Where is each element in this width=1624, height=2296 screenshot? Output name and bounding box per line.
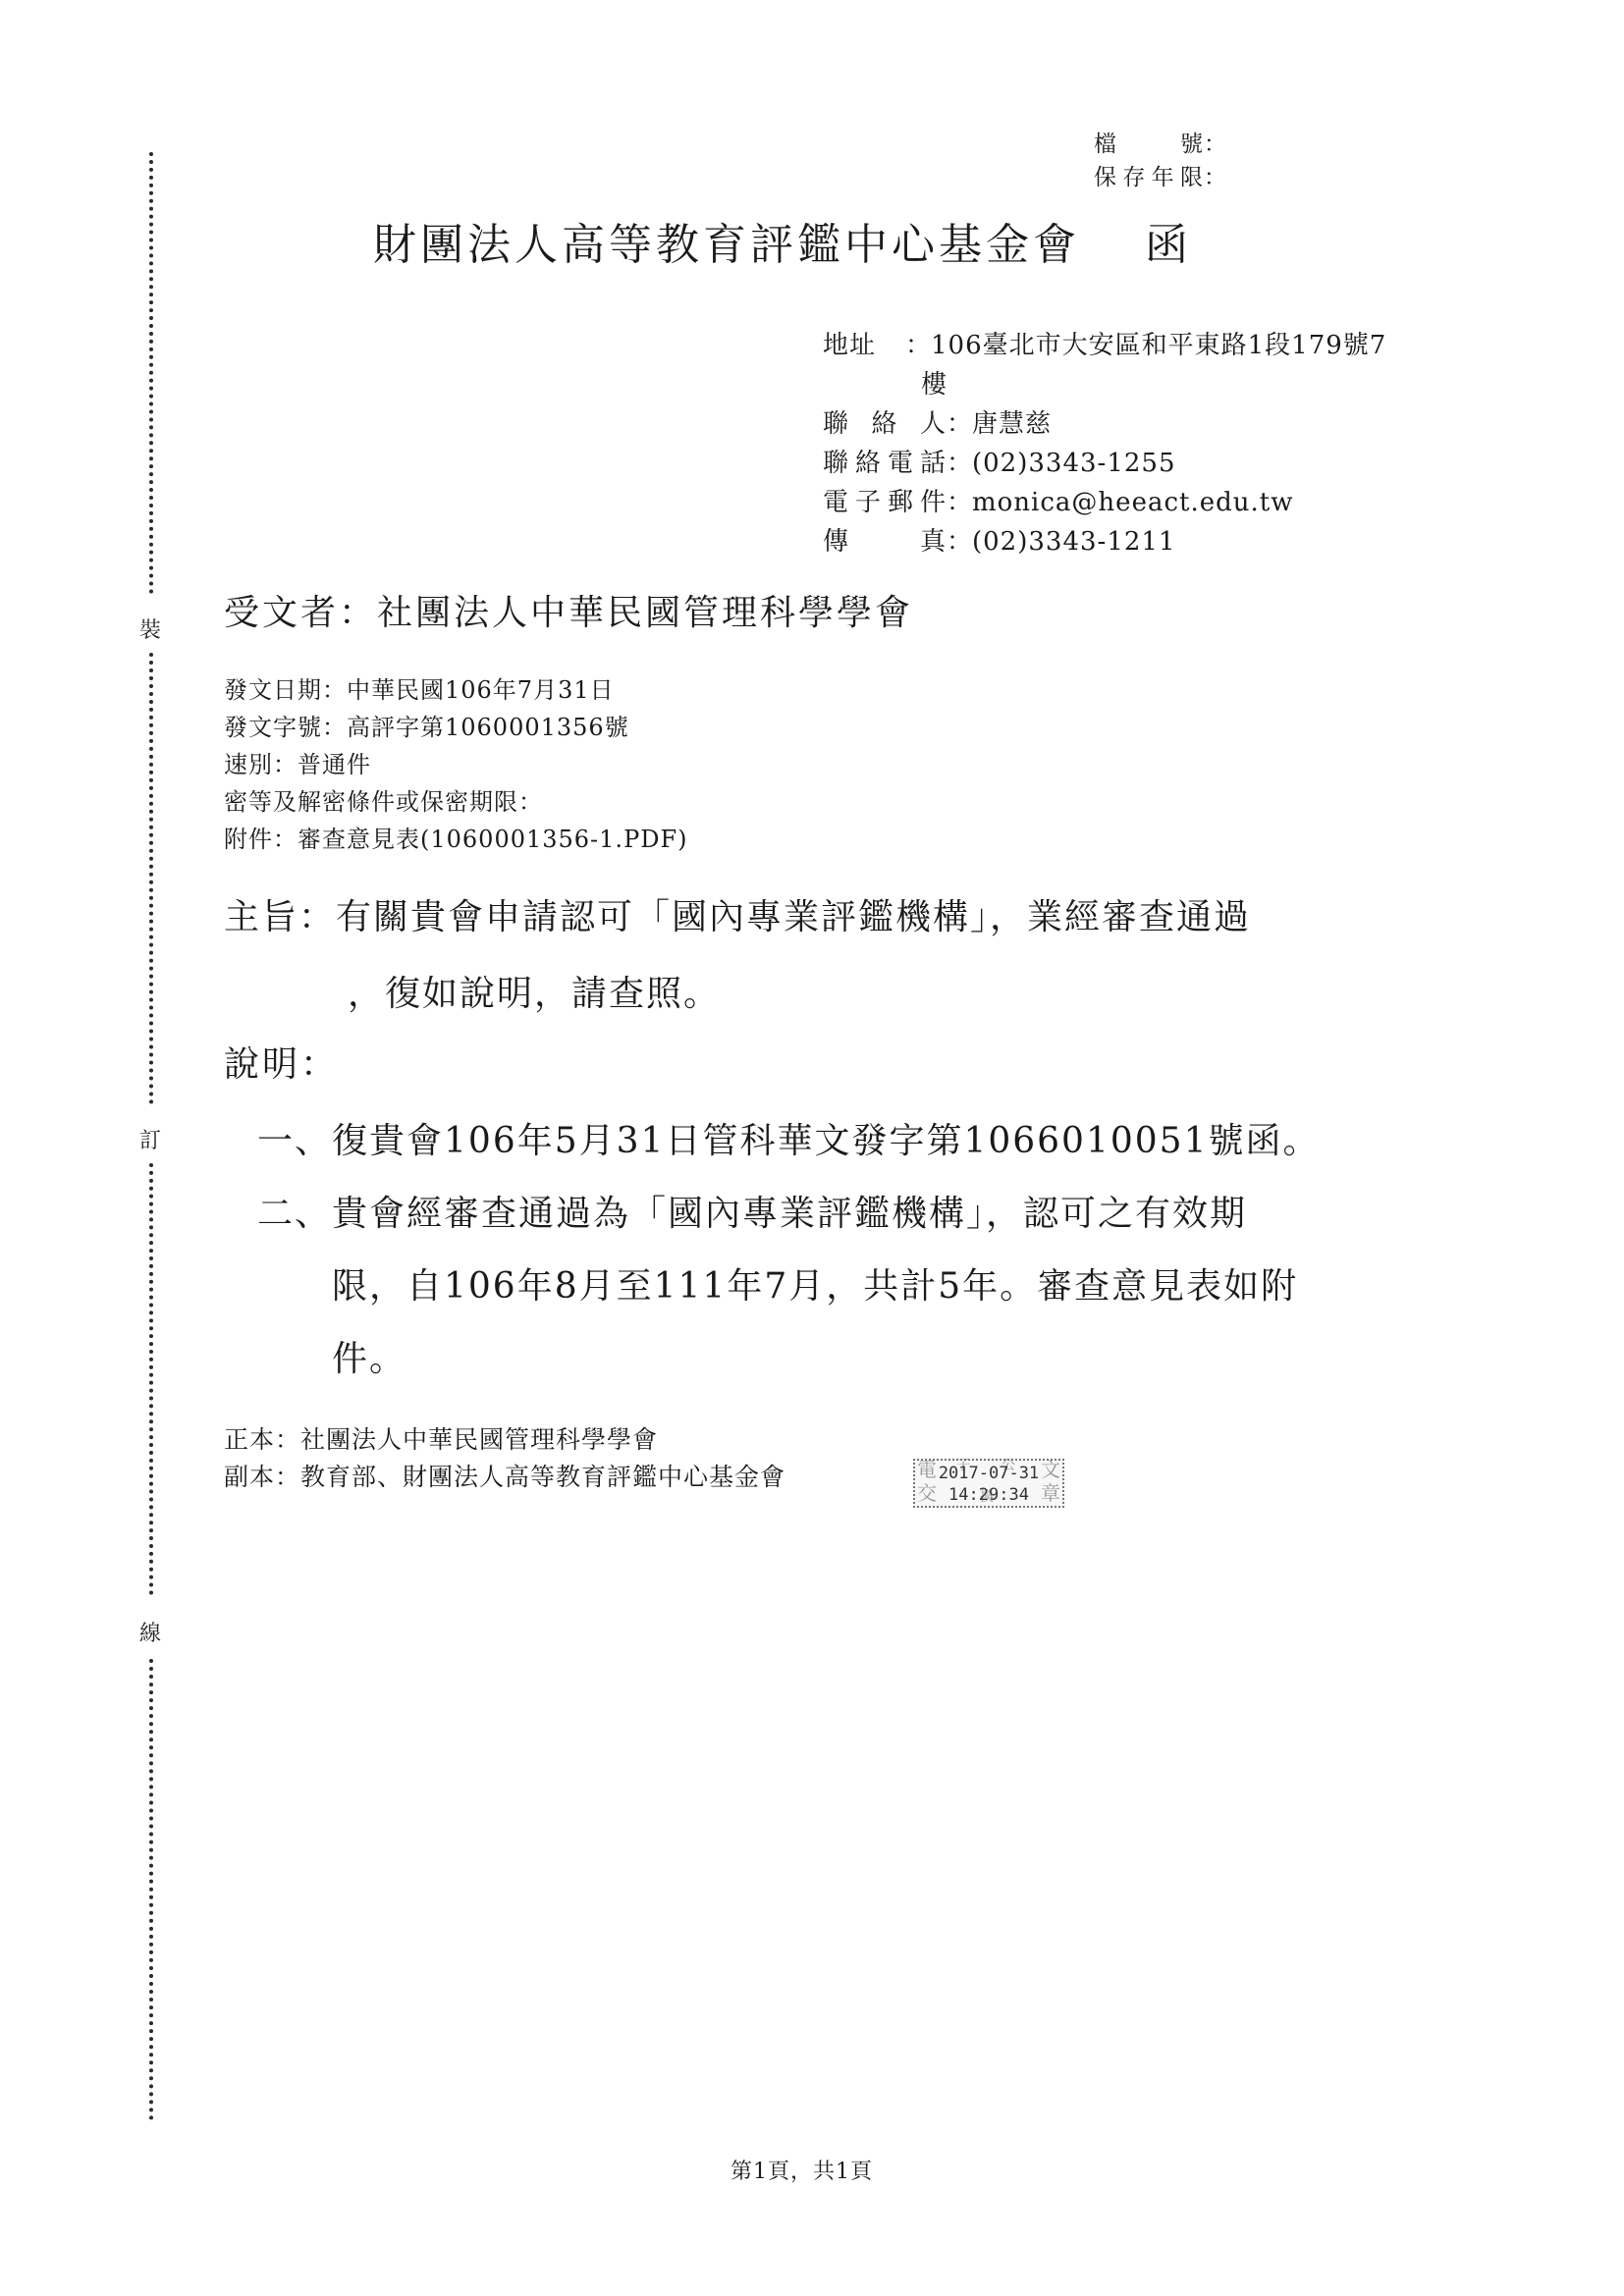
item-text: 限，自106年8月至111年7月，共計5年。審查意見表如附 <box>332 1266 1298 1307</box>
binding-label-ding: 訂 <box>139 1129 161 1154</box>
cc-value: 教育部、財團法人高等教育評鑑中心基金會 <box>300 1463 785 1491</box>
cc-label: 副本： <box>224 1463 300 1491</box>
binding-dotted-line <box>149 1659 153 2120</box>
issue-date-value: 中華民國106年7月31日 <box>347 676 615 704</box>
item-marker: 二、 <box>257 1194 332 1234</box>
address-row-cont: 樓 <box>823 365 1386 404</box>
item-line: 件。 <box>257 1335 1298 1384</box>
contact-block: 地址：106臺北市大安區和平東路1段179號7 樓 聯 絡 人：唐慧慈 聯絡電話… <box>823 326 1386 561</box>
file-number-label: 檔 號 <box>1094 128 1204 161</box>
doc-number-label: 發文字號： <box>224 714 347 741</box>
speed-row: 速別：普通件 <box>224 746 687 783</box>
issue-date-row: 發文日期：中華民國106年7月31日 <box>224 671 687 709</box>
exchange-stamp: 電 子 公 文 交 換 章 2017-07-31 14:29:34 <box>913 1459 1064 1508</box>
attachment-label: 附件： <box>224 826 298 853</box>
fax-row: 傳 真：(02)3343-1211 <box>823 522 1386 561</box>
original-value: 社團法人中華民國管理科學學會 <box>300 1425 658 1454</box>
recipient-line: 受文者：社團法人中華民國管理科學學會 <box>224 589 913 638</box>
stamp-time: 14:29:34 <box>919 1484 1058 1506</box>
subject-line-1: 主旨：有關貴會申請認可「國內專業評鑑機構」，業經審查通過 <box>224 893 1251 942</box>
fax-label: 傳 真 <box>823 522 947 561</box>
address-value-cont: 樓 <box>921 365 947 404</box>
retention-row: 保存年限： <box>1094 161 1227 194</box>
doc-number-value: 高評字第1060001356號 <box>347 714 629 741</box>
phone-label: 聯絡電話 <box>823 444 947 483</box>
document-title: 財團法人高等教育評鑑中心基金會 函 <box>373 218 1192 273</box>
subject-label: 主旨： <box>224 897 336 937</box>
speed-value: 普通件 <box>298 751 371 778</box>
email-label: 電子郵件 <box>823 483 947 522</box>
description-item-1: 一、復貴會106年5月31日管科華文發字第1066010051號函。 <box>257 1117 1321 1166</box>
binding-label-xian: 線 <box>139 1622 161 1647</box>
description-item-2: 二、貴會經審查通過為「國內專業評鑑機構」，認可之有效期 限，自106年8月至11… <box>257 1190 1298 1384</box>
item-text: 件。 <box>332 1339 406 1379</box>
description-label: 說明： <box>224 1041 339 1090</box>
binding-label-zhuang: 裝 <box>139 618 161 644</box>
subject-line-2: ，復如說明，請查照。 <box>224 970 1251 1019</box>
contact-person-label: 聯 絡 人 <box>823 404 947 444</box>
cc-row: 副本：教育部、財團法人高等教育評鑑中心基金會 <box>224 1459 785 1496</box>
doc-number-row: 發文字號：高評字第1060001356號 <box>224 709 687 746</box>
email-row: 電子郵件：monica@heeact.edu.tw <box>823 483 1386 522</box>
file-number-row: 檔 號： <box>1094 128 1227 161</box>
address-label: 地址 <box>823 326 905 365</box>
binding-dotted-line <box>149 1163 153 1595</box>
item-marker: 一、 <box>257 1121 332 1161</box>
item-line: 限，自106年8月至111年7月，共計5年。審查意見表如附 <box>257 1262 1298 1311</box>
archive-info: 檔 號： 保存年限： <box>1094 128 1227 194</box>
phone-row: 聯絡電話：(02)3343-1255 <box>823 444 1386 483</box>
page-footer: 第1頁，共1頁 <box>731 2158 873 2187</box>
security-row: 密等及解密條件或保密期限： <box>224 783 687 821</box>
meta-block: 發文日期：中華民國106年7月31日 發文字號：高評字第1060001356號 … <box>224 671 687 858</box>
subject-text-1: 有關貴會申請認可「國內專業評鑑機構」，業經審查通過 <box>336 897 1251 937</box>
speed-label: 速別： <box>224 751 298 778</box>
attachment-row: 附件：審查意見表(1060001356-1.PDF) <box>224 821 687 858</box>
contact-person-value: 唐慧慈 <box>972 404 1052 444</box>
phone-value: (02)3343-1255 <box>972 444 1176 483</box>
address-value: 106臺北市大安區和平東路1段179號7 <box>931 326 1386 365</box>
item-text: 復貴會106年5月31日管科華文發字第1066010051號函。 <box>332 1121 1320 1161</box>
original-label: 正本： <box>224 1425 300 1454</box>
contact-person-row: 聯 絡 人：唐慧慈 <box>823 404 1386 444</box>
fax-value: (02)3343-1211 <box>972 522 1176 561</box>
item-line: 二、貴會經審查通過為「國內專業評鑑機構」，認可之有效期 <box>257 1190 1298 1239</box>
org-name: 財團法人高等教育評鑑中心基金會 <box>373 220 1080 270</box>
original-recipient-row: 正本：社團法人中華民國管理科學學會 <box>224 1421 785 1459</box>
retention-label: 保存年限 <box>1094 161 1204 194</box>
address-row: 地址：106臺北市大安區和平東路1段179號7 <box>823 326 1386 365</box>
stamp-date: 2017-07-31 <box>919 1463 1058 1484</box>
issue-date-label: 發文日期： <box>224 676 347 704</box>
security-label: 密等及解密條件或保密期限： <box>224 788 543 816</box>
copies-block: 正本：社團法人中華民國管理科學學會 副本：教育部、財團法人高等教育評鑑中心基金會 <box>224 1421 785 1496</box>
attachment-value[interactable]: 審查意見表(1060001356-1.PDF) <box>298 826 687 853</box>
email-value[interactable]: monica@heeact.edu.tw <box>972 483 1293 522</box>
binding-dotted-line <box>149 653 153 1104</box>
recipient-value: 社團法人中華民國管理科學學會 <box>377 593 913 633</box>
subject-text-2: ，復如說明，請查照。 <box>348 974 721 1014</box>
item-text: 貴會經審查通過為「國內專業評鑑機構」，認可之有效期 <box>332 1194 1247 1234</box>
subject-block: 主旨：有關貴會申請認可「國內專業評鑑機構」，業經審查通過 ，復如說明，請查照。 <box>224 893 1251 1019</box>
recipient-label: 受文者： <box>224 593 377 633</box>
binding-dotted-line <box>149 152 153 594</box>
doc-type: 函 <box>1145 220 1192 270</box>
